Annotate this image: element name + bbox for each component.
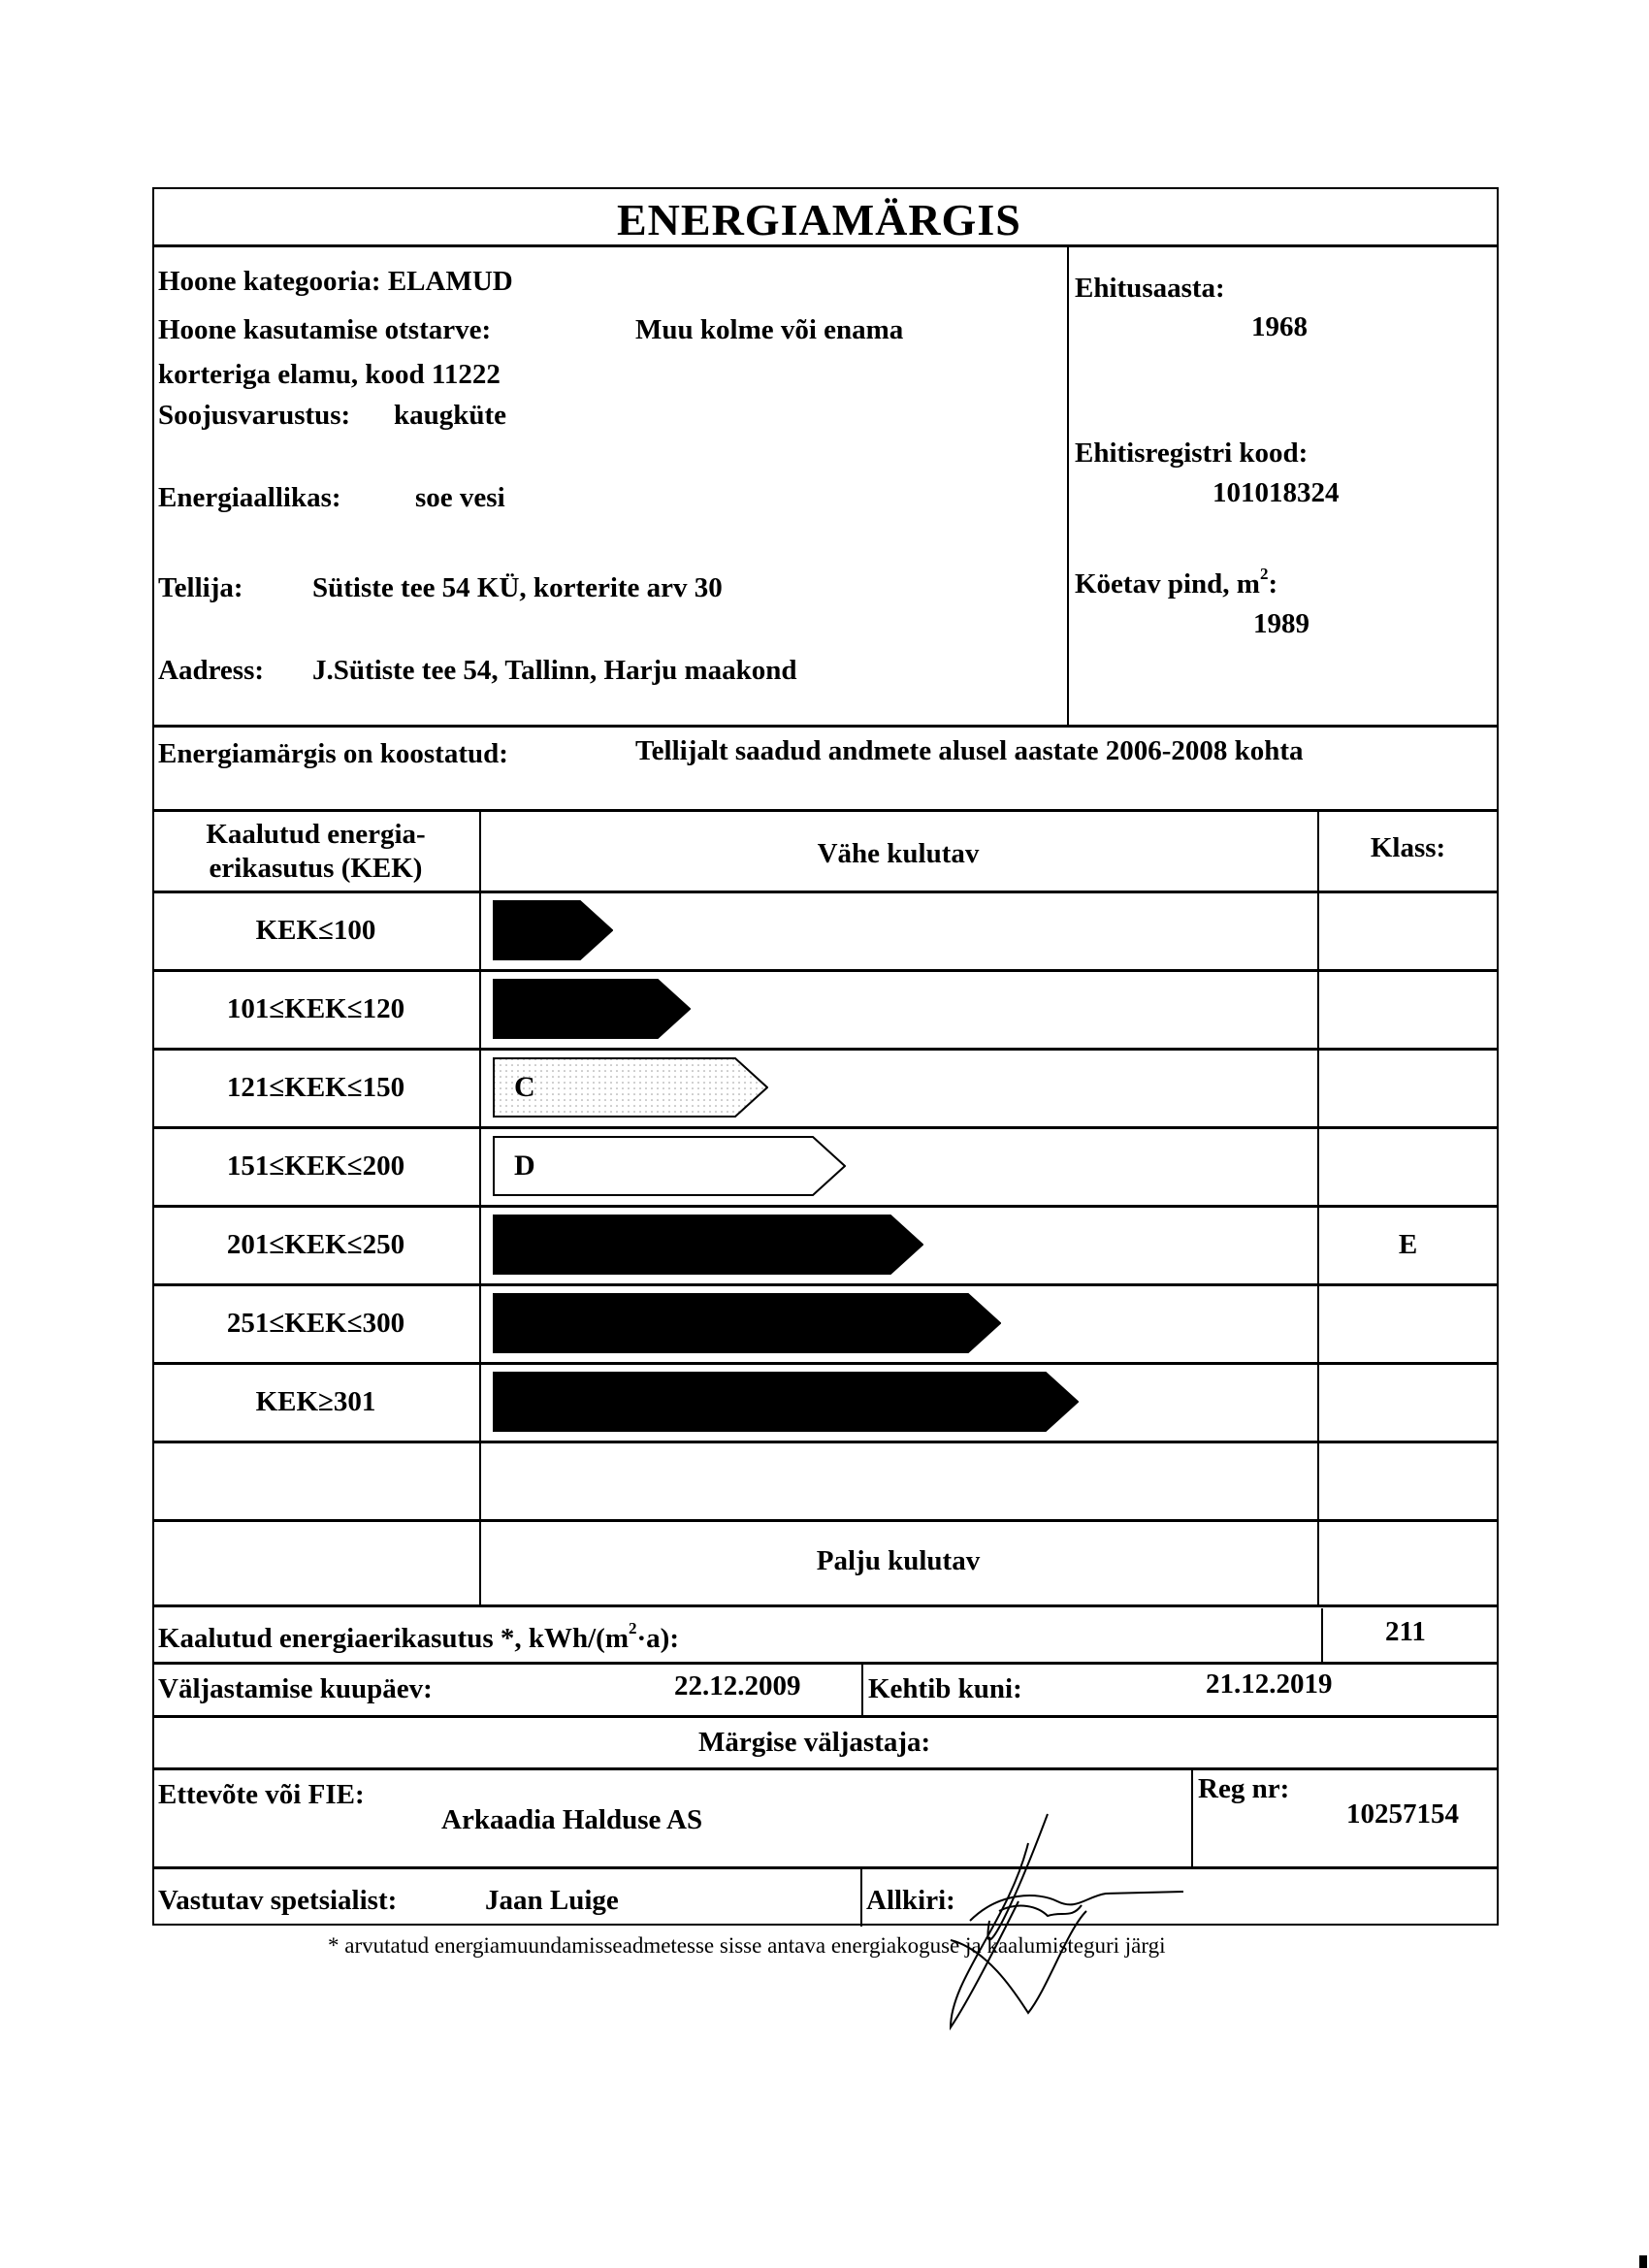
specialist-label: Vastutav spetsialist: [158, 1887, 397, 1915]
divider [152, 969, 1499, 972]
divider [152, 1866, 1499, 1869]
address-label: Aadress: [158, 657, 264, 685]
divider [152, 1205, 1499, 1208]
company-label: Ettevõte või FIE: [158, 1781, 365, 1809]
divider [1067, 244, 1069, 726]
divider [152, 1715, 1499, 1718]
kek-range: 121≤KEK≤150 [152, 1074, 479, 1102]
purpose-label: Hoone kasutamise otstarve: [158, 316, 491, 344]
kek-range: KEK≤100 [152, 917, 479, 945]
divider [860, 1866, 862, 1927]
company-value: Arkaadia Halduse AS [441, 1806, 702, 1834]
heating-label: Soojusvarustus: [158, 402, 350, 430]
energy-source-value: soe vesi [415, 484, 505, 512]
valid-value: 21.12.2019 [1206, 1670, 1333, 1699]
high-consumption-label: Palju kulutav [479, 1547, 1317, 1575]
category-value: ELAMUD [388, 266, 513, 297]
category-label: Hoone kategooria: [158, 266, 381, 297]
energy-class-arrow [493, 1293, 1001, 1353]
heating-value: kaugküte [394, 402, 506, 430]
energy-source-label: Energiaallikas: [158, 484, 341, 512]
divider [1321, 1608, 1323, 1663]
valid-label: Kehtib kuni: [868, 1675, 1022, 1703]
result-value: 211 [1385, 1618, 1426, 1646]
client-label: Tellija: [158, 574, 243, 602]
divider [152, 1441, 1499, 1443]
energy-class-arrow: D [493, 1136, 846, 1196]
compiled-label: Energiamärgis on koostatud: [158, 740, 508, 768]
registry-label: Ehitisregistri kood: [1075, 439, 1308, 468]
year-value: 1968 [1251, 313, 1308, 341]
divider [152, 244, 1499, 247]
energy-class-arrow [493, 900, 613, 960]
issued-label: Väljastamise kuupäev: [158, 1675, 433, 1703]
address-value: J.Sütiste tee 54, Tallinn, Harju maakond [312, 657, 797, 685]
kek-range: 201≤KEK≤250 [152, 1231, 479, 1259]
category-field: Hoone kategooria: ELAMUD [158, 268, 513, 296]
divider [152, 725, 1499, 728]
purpose-value-cont: korteriga elamu, kood 11222 [158, 361, 501, 389]
divider [152, 1767, 1499, 1770]
arrow-letter: D [514, 1150, 535, 1183]
issuer-section-label: Märgise väljastaja: [698, 1729, 930, 1757]
area-label: Köetav pind, m2: [1075, 570, 1277, 599]
energy-class-arrow [493, 979, 691, 1039]
divider [152, 891, 1499, 893]
energy-class-arrow: C [493, 1057, 768, 1118]
divider [479, 809, 481, 1604]
kek-range: 251≤KEK≤300 [152, 1310, 479, 1338]
divider [152, 1048, 1499, 1051]
low-consumption-header: Vähe kulutav [479, 840, 1317, 868]
kek-range: KEK≥301 [152, 1388, 479, 1416]
registry-value: 101018324 [1212, 479, 1340, 507]
signature-scribble [912, 1804, 1222, 2042]
divider [152, 809, 1499, 812]
divider [152, 1362, 1499, 1365]
energy-class-arrow [493, 1372, 1079, 1432]
kek-header: Kaalutud energia- erikasutus (KEK) [152, 821, 479, 883]
specialist-value: Jaan Luige [485, 1887, 619, 1915]
purpose-value: Muu kolme või enama [635, 316, 903, 344]
divider [152, 1126, 1499, 1129]
kek-range: 151≤KEK≤200 [152, 1152, 479, 1181]
kek-range: 101≤KEK≤120 [152, 995, 479, 1023]
divider [152, 1283, 1499, 1286]
scan-mark [1639, 2255, 1647, 2268]
issued-value: 22.12.2009 [674, 1672, 801, 1701]
divider [861, 1663, 863, 1717]
result-label: Kaalutud energiaerikasutus *, kWh/(m2·a)… [158, 1625, 679, 1653]
class-header: Klass: [1317, 834, 1499, 862]
energy-class-arrow [493, 1215, 923, 1275]
reg-label: Reg nr: [1198, 1775, 1289, 1803]
divider [152, 1519, 1499, 1522]
client-value: Sütiste tee 54 KÜ, korterite arv 30 [312, 574, 723, 602]
compiled-value: Tellijalt saadud andmete alusel aastate … [635, 737, 1304, 765]
class-mark: E [1317, 1231, 1499, 1259]
year-label: Ehitusaasta: [1075, 275, 1225, 303]
arrow-letter: C [514, 1071, 535, 1104]
divider [152, 1662, 1499, 1665]
area-value: 1989 [1253, 610, 1309, 638]
page-title: ENERGIAMÄRGIS [617, 198, 1021, 243]
reg-value: 10257154 [1346, 1800, 1459, 1829]
divider [152, 1604, 1499, 1607]
divider [1317, 809, 1319, 1604]
